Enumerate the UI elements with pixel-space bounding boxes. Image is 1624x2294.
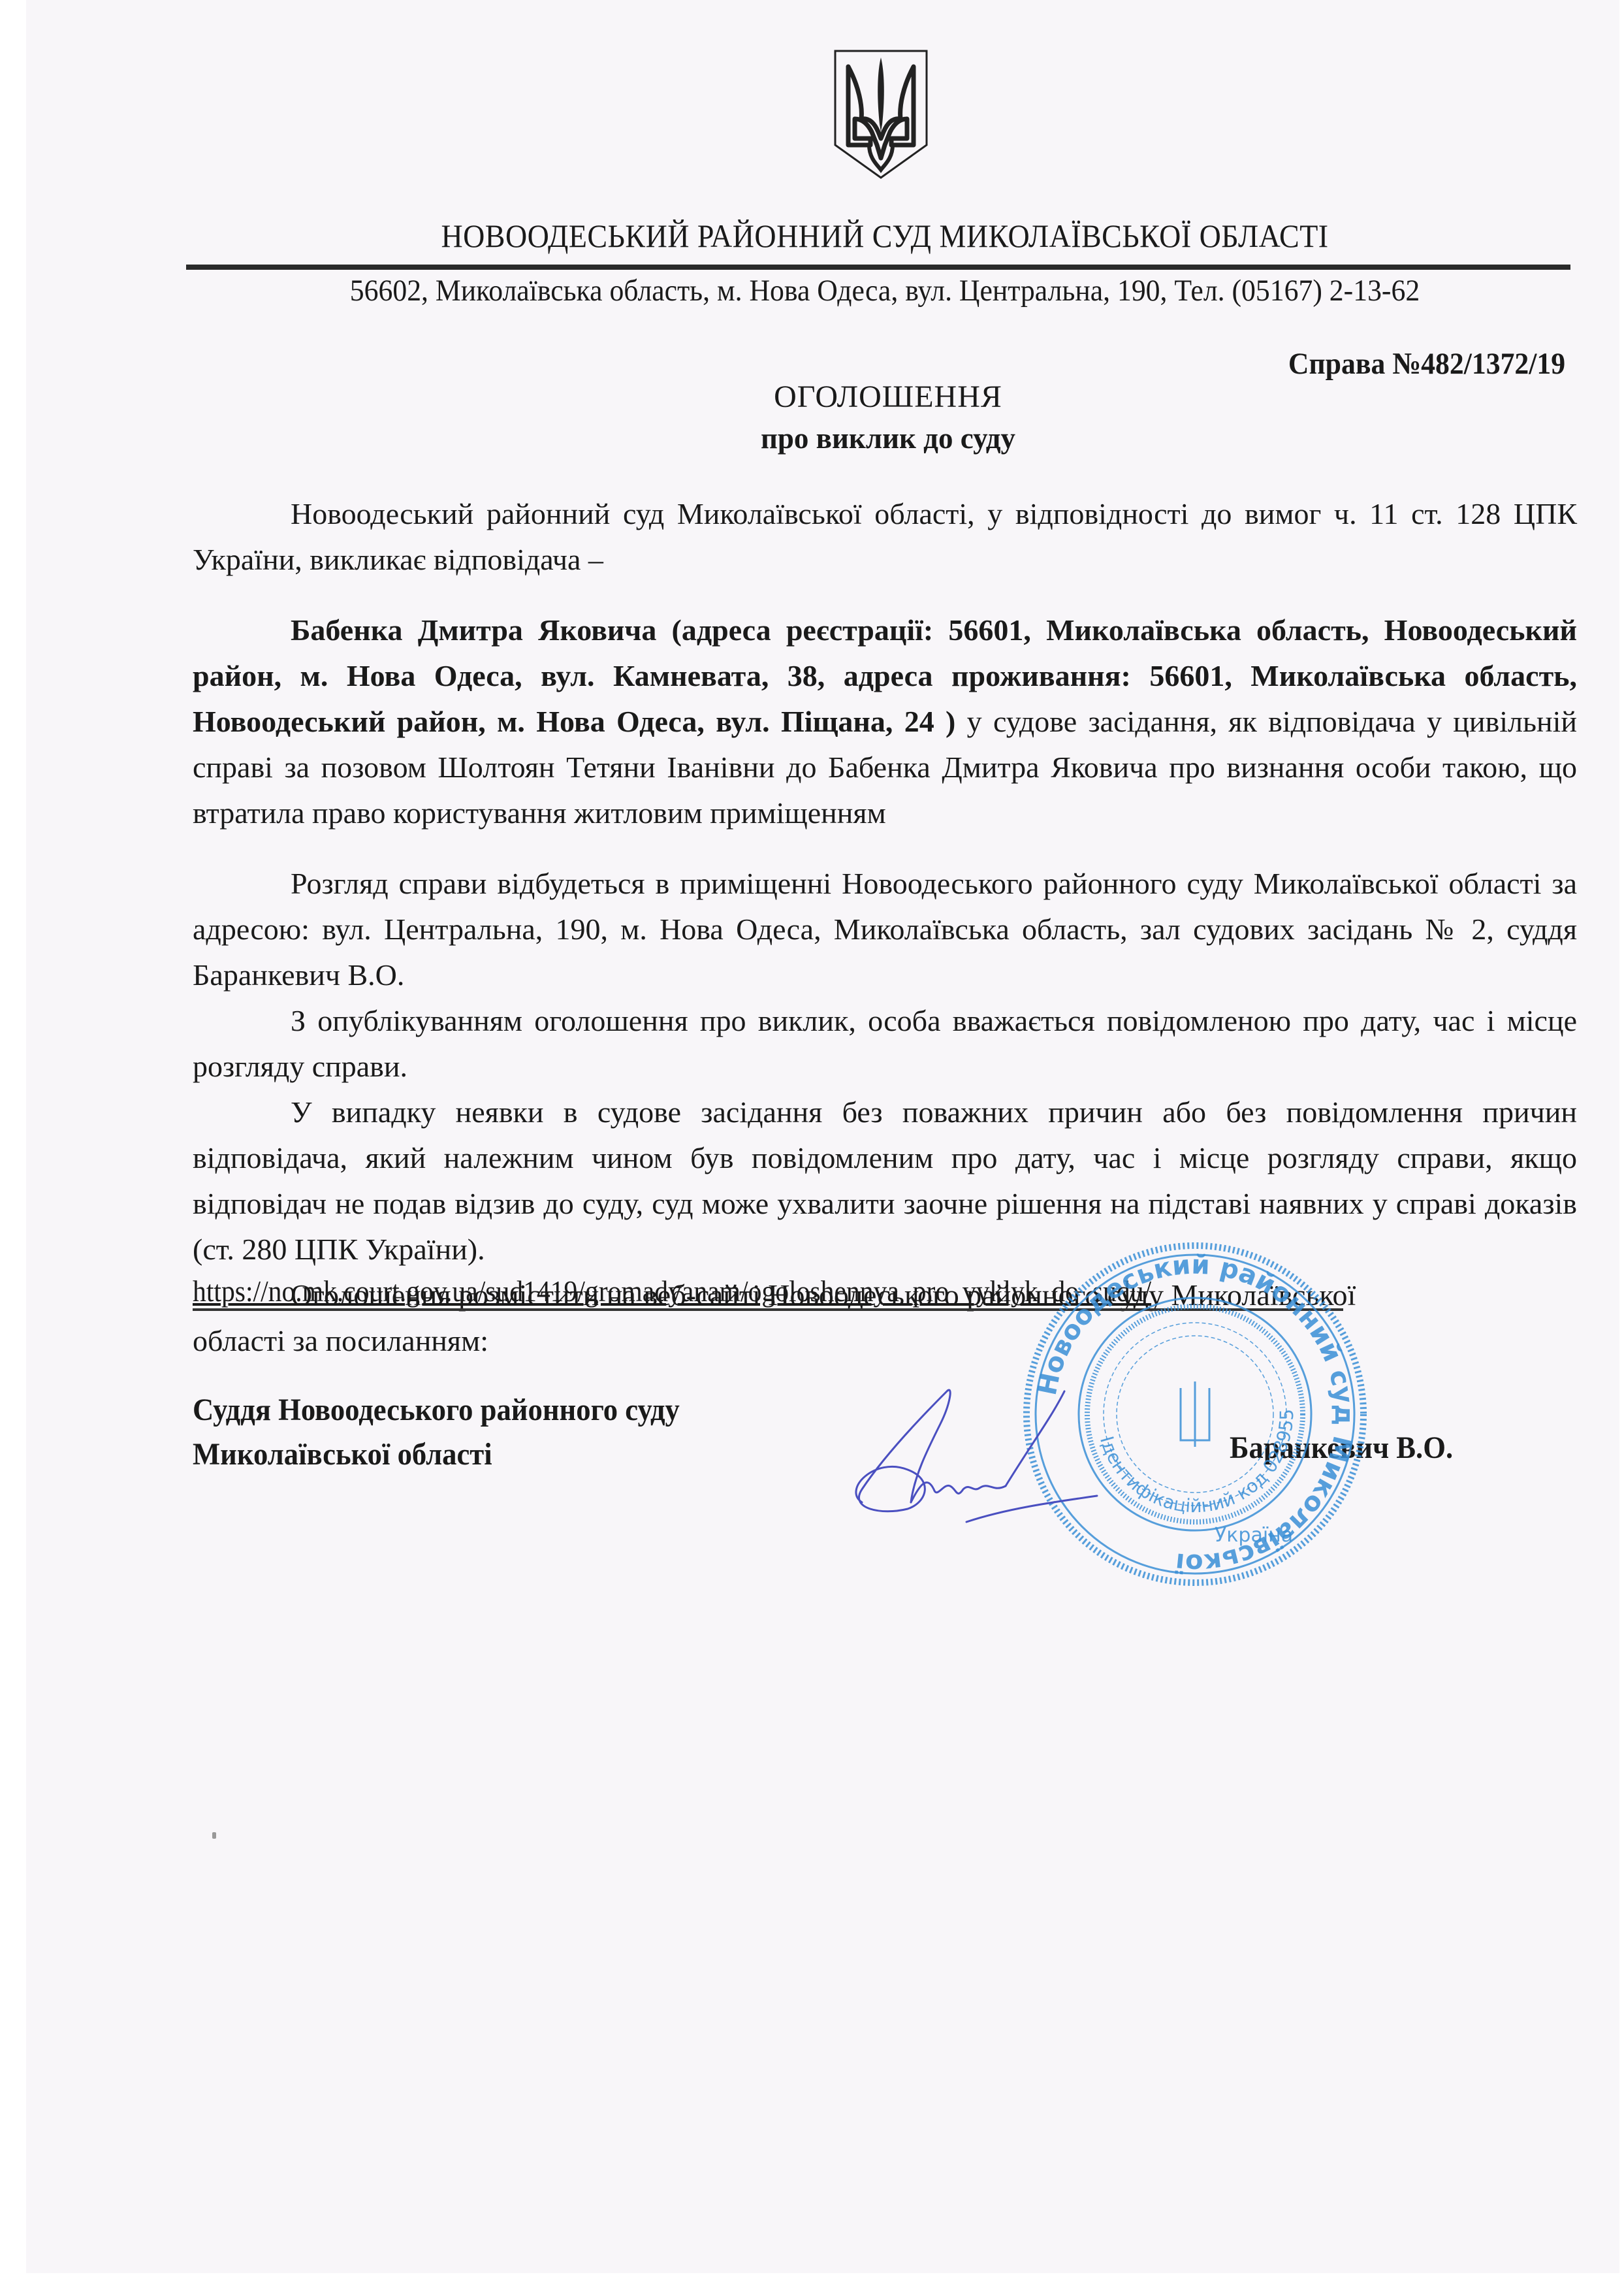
svg-text:Україна: Україна: [1215, 1524, 1293, 1547]
publication-paragraph: З опублікуванням оголошення про виклик, …: [193, 998, 1577, 1090]
judge-signature: [836, 1378, 1136, 1535]
court-name-heading: НОВООДЕСЬКИЙ РАЙОННИЙ СУД МИКОЛАЇВСЬКОЇ …: [251, 217, 1518, 255]
court-address: 56602, Миколаївська область, м. Нова Оде…: [244, 273, 1525, 308]
announcement-url-link[interactable]: https://no.mk.court.gov.ua/sud1419/groma…: [193, 1274, 1151, 1308]
judge-position: Суддя Новоодеського районного суду Микол…: [193, 1388, 680, 1477]
trident-emblem-icon: [831, 47, 931, 182]
notice-title: ОГОЛОШЕННЯ: [679, 379, 1097, 415]
intro-text: Новоодеський районний суд Миколаївської …: [193, 491, 1577, 583]
case-number: Справа №482/1372/19: [1288, 346, 1565, 381]
scan-speck: [212, 1832, 216, 1839]
defendant-paragraph: Бабенка Дмитра Яковича (адреса реєстраці…: [193, 607, 1577, 836]
header-divider: [186, 265, 1570, 270]
judge-position-line1: Суддя Новоодеського районного суду: [193, 1388, 680, 1432]
intro-paragraph: Новоодеський районний суд Миколаївської …: [193, 491, 1577, 583]
hearing-paragraph: Розгляд справи відбудеться в приміщенні …: [193, 861, 1577, 998]
notice-subtitle: про виклик до суду: [679, 421, 1097, 455]
judge-position-line2: Миколаївської області: [193, 1432, 680, 1477]
